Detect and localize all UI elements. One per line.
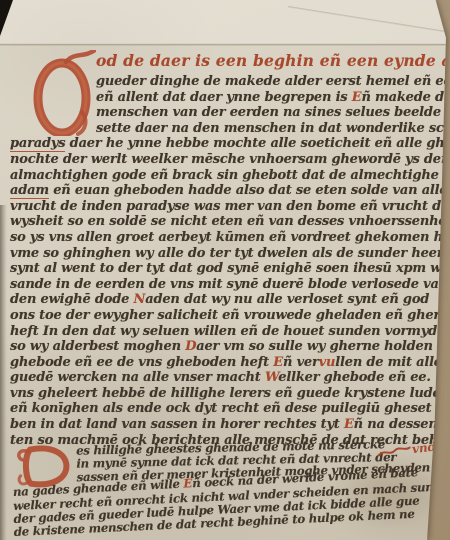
manuscript-page-wrap: od de daer is een beghin eñ een eynde al… <box>0 0 450 540</box>
text-line: nochte der werlt weelker mēsche vnhoersa… <box>10 152 440 168</box>
text-line: sande in de eerden de vns mit synē duerē… <box>10 277 440 293</box>
parchment-page: od de daer is een beghin eñ een eynde al… <box>0 0 450 540</box>
text-segment: menschen van der eerden na sines selues … <box>96 105 445 120</box>
text-line: guedē wercken na alle vnser macht Wellke… <box>10 370 440 386</box>
text-line: adam eñ euan gheboden hadde also dat se … <box>10 183 440 199</box>
text-segment: sette daer na den menschen in dat wonder… <box>96 121 450 136</box>
text-segment: aer vm so sulle wy gherne holden de <box>196 339 450 354</box>
text-line: almachtighen gode eñ brack sin ghebott d… <box>10 168 440 184</box>
text-segment: gueder dinghe de makede alder eerst heme… <box>96 74 450 89</box>
rubricated-segment: E <box>273 355 283 370</box>
margin-flourish-icon <box>377 444 412 458</box>
horizontal-crease <box>0 43 450 46</box>
text-line: vns gheleert hebbē de hillighe lerers eñ… <box>10 386 440 402</box>
text-segment: ons toe der ewygher salicheit eñ vrouwed… <box>10 308 450 323</box>
text-segment: wysheit so en soldē se nicht eten eñ van… <box>10 214 450 229</box>
diagonal-crease <box>288 6 446 33</box>
text-segment: ghebode eñ ee de vns gheboden heft <box>10 355 273 370</box>
text-segment: ñ ver <box>283 355 319 370</box>
rubricated-segment: od de daer is een beghin eñ een eynde al… <box>96 51 450 70</box>
text-line: vrucht de inden paradyse was mer van den… <box>10 199 440 215</box>
rubricated-segment: E <box>344 417 354 432</box>
margin-note-text: vnd <box>411 439 437 456</box>
text-line: wysheit so en soldē se nicht eten eñ van… <box>10 214 440 230</box>
initial-G-glyph <box>32 50 96 136</box>
text-segment: synt al went to der tyt dat god synē eni… <box>10 261 447 276</box>
rubricated-segment: N <box>134 292 146 307</box>
text-segment: so ys vns allen groet aerbeyt kūmen eñ v… <box>10 230 450 245</box>
text-segment: ben in dat land van sassen in horer rech… <box>10 417 344 432</box>
text-segment: eñ allent dat daer ynne begrepen is <box>96 90 352 105</box>
text-line: ons toe der ewygher salicheit eñ vrouwed… <box>10 308 440 324</box>
text-line: ghebode eñ ee de vns gheboden heft Eñ ve… <box>10 355 440 371</box>
text-line: den ewighē dode Naden dat wy nu alle ver… <box>10 292 440 308</box>
text-segment: daer he ynne hebbe mochte alle soetichei… <box>65 136 450 151</box>
text-segment: almachtighen gode eñ brack sin ghebott d… <box>10 168 450 183</box>
text-segment: vme so ghinghen wy alle do ter tyt dwele… <box>10 246 450 261</box>
text-line: vme so ghinghen wy alle do ter tyt dwele… <box>10 246 440 262</box>
rubricated-segment: E <box>445 105 450 120</box>
text-segment: so wy alderbest moghen <box>10 339 185 354</box>
rubricated-segment: D <box>185 339 196 354</box>
text-segment: sande in de eerden de vns mit synē duerē… <box>10 277 448 292</box>
text-segment: ellker ghebode eñ ee. <box>278 370 430 385</box>
text-segment: llen de mit allen <box>335 355 450 370</box>
red-underlined-word: adam <box>10 183 49 199</box>
text-segment: ñ na dessen rech <box>354 417 450 432</box>
text-segment: vns gheleert hebbē de hillighe lerers eñ… <box>10 386 441 401</box>
text-line: so ys vns allen groet aerbeyt kūmen eñ v… <box>10 230 440 246</box>
left-edge-shadow <box>0 205 7 540</box>
text-line: paradys daer he ynne hebbe mochte alle s… <box>10 136 440 152</box>
illuminated-initial-G <box>10 48 96 135</box>
text-segment: eñ euan gheboden hadde also dat se eten … <box>49 183 450 198</box>
text-segment: guedē wercken na alle vnser macht <box>10 370 265 385</box>
red-underlined-word: paradys <box>10 136 65 152</box>
text-segment: heft In den dat wy seluen willen eñ de h… <box>10 324 445 339</box>
text-segment: eñ konīghen als ende ock dyt recht eñ de… <box>10 401 450 416</box>
main-text-block: od de daer is een beghin eñ een eynde al… <box>10 48 440 448</box>
text-segment: nochte der werlt weelker mēsche vnhoersa… <box>10 152 450 167</box>
text-line: eñ konīghen als ende ock dyt recht eñ de… <box>10 401 440 417</box>
text-line: so wy alderbest moghen Daer vm so sulle … <box>10 339 440 355</box>
text-line: heft In den dat wy seluen willen eñ de h… <box>10 324 440 340</box>
text-segment: vrucht de inden paradyse was mer van den… <box>10 199 450 214</box>
rubricated-segment: vu <box>319 355 336 370</box>
text-segment: ñ makede den <box>361 90 450 105</box>
rubricated-segment: W <box>265 370 278 385</box>
text-line: ben in dat land van sassen in horer rech… <box>10 417 440 433</box>
text-segment: aden dat wy nu alle verloset synt eñ god <box>145 292 429 307</box>
text-segment: den ewighē dode <box>10 292 134 307</box>
text-line: synt al went to der tyt dat god synē eni… <box>10 261 440 277</box>
